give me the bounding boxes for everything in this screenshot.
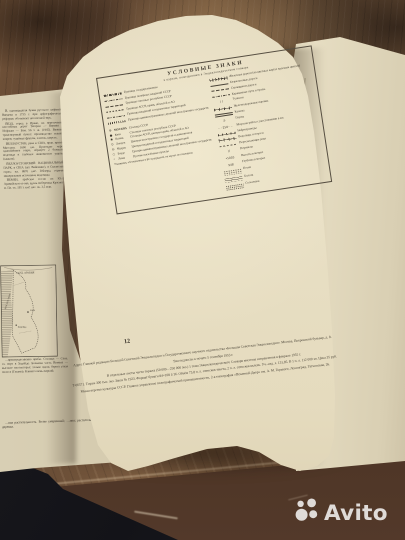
long-dash-line-icon [105, 104, 123, 108]
caravan-route-icon [212, 94, 230, 98]
watermark-text: Avito [324, 501, 388, 526]
legend-label: Перевалы [240, 145, 253, 150]
legend-label: Болота [244, 173, 253, 178]
drying-river-icon [219, 143, 237, 147]
legend-right-column: Железные дороги (на цветных картах красн… [206, 63, 328, 193]
dashed-line-icon [211, 89, 229, 93]
map-region-label: САУД. АРАВИЯ [16, 271, 34, 274]
dash-double-dot-line-icon [107, 115, 125, 119]
legend-label: Туннели [233, 96, 244, 101]
photo-of-open-book: Й, одиннадцатая буква русского алфавита.… [0, 0, 405, 540]
legend-label: Пески [243, 166, 252, 171]
salt-flat-patch-icon [225, 184, 243, 191]
legend-label: Порты [235, 115, 244, 120]
avito-watermark: Avito [295, 498, 388, 528]
dash-dot-dot-line-icon [105, 98, 123, 102]
dash-dot-line-icon [104, 93, 122, 97]
legend-left-column: Границы государственные Границы полярных… [103, 79, 223, 209]
avito-logo-icon [295, 498, 320, 528]
page-number: 12 [124, 338, 131, 346]
short-dash-line-icon [106, 109, 124, 113]
dotted-line-icon [108, 120, 126, 124]
legend-label: Солончаки [245, 180, 260, 186]
solid-line-icon [210, 83, 228, 87]
map-city-label: Ходейда [18, 326, 28, 329]
legend-label: Глубины в метрах [242, 157, 266, 164]
